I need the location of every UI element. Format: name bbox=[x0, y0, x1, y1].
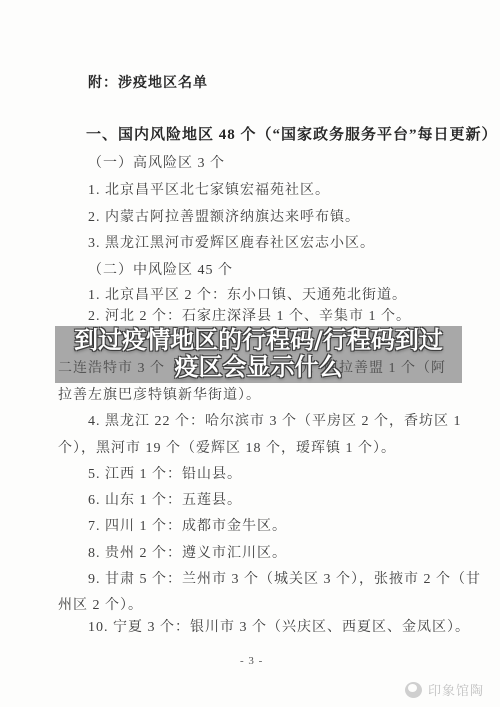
high-risk-item-3: 3. 黑龙江黑河市爱辉区鹿春社区宏志小区。 bbox=[88, 232, 375, 252]
mid-risk-item-hebei: 2. 河北 2 个：石家庄深泽县 1 个、辛集市 1 个。 bbox=[88, 305, 411, 325]
high-risk-heading: （一）高风险区 3 个 bbox=[88, 152, 225, 172]
watermark-label: 印象馆陶 bbox=[428, 680, 484, 699]
section-title: 一、国内风险地区 48 个（“国家政务服务平台”每日更新） bbox=[86, 123, 498, 144]
mid-risk-item-heilongjiang-1: 4. 黑龙江 22 个：哈尔滨市 3 个（平房区 2 个，香坊区 1 bbox=[88, 410, 462, 430]
watermark-logo-icon bbox=[405, 682, 422, 698]
high-risk-item-1: 1. 北京昌平区北七家镇宏福苑社区。 bbox=[88, 179, 330, 199]
mid-risk-heading: （二）中风险区 45 个 bbox=[88, 259, 233, 279]
scanned-document-page: 附：涉疫地区名单 一、国内风险地区 48 个（“国家政务服务平台”每日更新） （… bbox=[0, 0, 500, 707]
overlay-title-line-1: 到过疫情地区的行程码/行程码到过 bbox=[55, 327, 462, 354]
mid-risk-item-gansu-2: 州区 2 个）。 bbox=[58, 594, 143, 614]
high-risk-item-2: 2. 内蒙古阿拉善盟额济纳旗达来呼布镇。 bbox=[88, 206, 360, 226]
mid-risk-item-shandong: 6. 山东 1 个：五莲县。 bbox=[88, 489, 242, 509]
page-number: - 3 - bbox=[240, 655, 263, 667]
attachment-heading: 附：涉疫地区名单 bbox=[88, 72, 208, 92]
mid-risk-item-heilongjiang-2: 个），黑河市 19 个（爱辉区 18 个，瑷珲镇 1 个）。 bbox=[58, 437, 396, 457]
watermark: 印象馆陶 bbox=[405, 680, 484, 699]
mid-risk-item-ningxia: 10. 宁夏 3 个：银川市 3 个（兴庆区、西夏区、金凤区）。 bbox=[88, 616, 470, 636]
mid-risk-item-beijing: 1. 北京昌平区 2 个：东小口镇、天通苑北街道。 bbox=[88, 284, 407, 304]
mid-risk-item-gansu-1: 9. 甘肃 5 个：兰州市 3 个（城关区 3 个），张掖市 2 个（甘 bbox=[88, 568, 481, 588]
overlay-title-line-2: 疫区会显示什么 bbox=[55, 354, 462, 381]
mid-risk-item-guizhou: 8. 贵州 2 个：遵义市汇川区。 bbox=[88, 542, 287, 562]
caption-overlay-banner: 区）， 二连浩特市 3 个（ ），阿拉善盟 1 个（阿 到过疫情地区的行程码/行… bbox=[55, 326, 462, 383]
mid-risk-item-sichuan: 7. 四川 1 个：成都市金牛区。 bbox=[88, 515, 287, 535]
mid-risk-item-jiangxi: 5. 江西 1 个：铅山县。 bbox=[88, 463, 242, 483]
mid-risk-item-neimenggu-cont: 拉善左旗巴彦特镇新华街道）。 bbox=[58, 384, 261, 404]
